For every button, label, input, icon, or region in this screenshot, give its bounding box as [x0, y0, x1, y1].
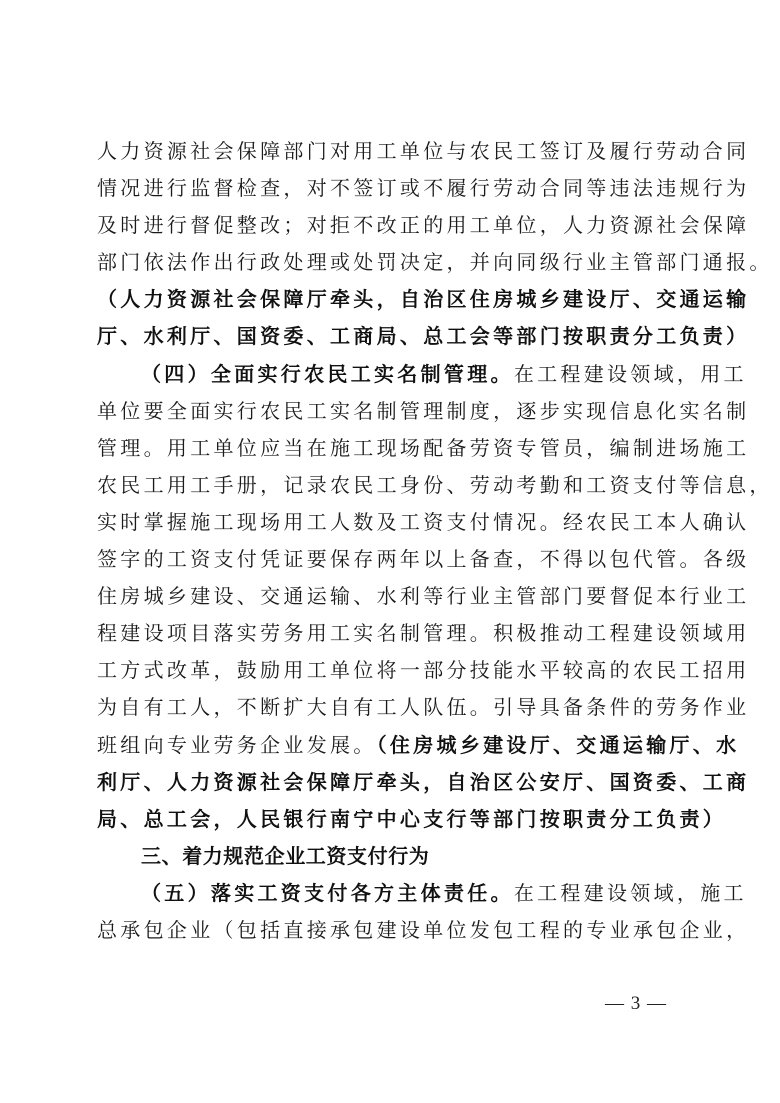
- body-text-segment: 实时掌握施工现场用工人数及工资支付情况。经农民工本人确认: [97, 510, 749, 534]
- page-number: — 3 —: [605, 993, 667, 1015]
- body-text-segment: 管理。用工单位应当在施工现场配备劳资专管员，编制进场施工: [97, 436, 749, 460]
- body-text-segment: 为自有工人，不断扩大自有工人队伍。引导具备条件的劳务作业: [97, 695, 749, 719]
- document-body: 人力资源社会保障部门对用工单位与农民工签订及履行劳动合同情况进行监督检查，对不签…: [97, 133, 689, 949]
- body-text-segment: 情况进行监督检查，对不签订或不履行劳动合同等违法违规行为: [97, 176, 749, 200]
- body-text-segment: 在工程建设领域，用工: [514, 362, 747, 386]
- body-text-segment: 签字的工资支付凭证要保存两年以上备查，不得以包代管。各级: [97, 547, 749, 571]
- body-text-segment: 程建设项目落实劳务用工实名制管理。积极推动工程建设领域用: [97, 621, 749, 645]
- text-line: 厅、水利厅、国资委、工商局、总工会等部门按职责分工负责）: [97, 318, 689, 355]
- text-line: 班组向专业劳务企业发展。（住房城乡建设厅、交通运输厅、水: [97, 727, 689, 764]
- text-line: 利厅、人力资源社会保障厅牵头，自治区公安厅、国资委、工商: [97, 764, 689, 801]
- emphasized-text: 局、总工会，人民银行南宁中心支行等部门按职责分工负责）: [97, 807, 726, 831]
- body-text-segment: 单位要全面实行农民工实名制管理制度，逐步实现信息化实名制: [97, 399, 749, 423]
- text-line: 农民工用工手册，记录农民工身份、劳动考勤和工资支付等信息，: [97, 467, 689, 504]
- body-text-segment: 班组向专业劳务企业发展。: [97, 733, 377, 757]
- body-text-segment: 人力资源社会保障部门对用工单位与农民工签订及履行劳动合同: [97, 139, 749, 163]
- text-line: 部门依法作出行政处理或处罚决定，并向同级行业主管部门通报。: [97, 244, 689, 281]
- emphasized-text: （人力资源社会保障厅牵头，自治区住房城乡建设厅、交通运输: [97, 287, 749, 311]
- body-text-segment: 及时进行督促整改；对拒不改正的用工单位，人力资源社会保障: [97, 213, 749, 237]
- emphasized-text: （四）全面实行农民工实名制管理。: [141, 362, 514, 386]
- section-heading: 三、着力规范企业工资支付行为: [141, 844, 429, 868]
- emphasized-text: （五）落实工资支付各方主体责任。: [141, 881, 514, 905]
- body-text-segment: 农民工用工手册，记录农民工身份、劳动考勤和工资支付等信息，: [97, 473, 773, 497]
- body-text-segment: 住房城乡建设、交通运输、水利等行业主管部门要督促本行业工: [97, 584, 749, 608]
- text-line: 三、着力规范企业工资支付行为: [97, 838, 689, 875]
- body-text-segment: 部门依法作出行政处理或处罚决定，并向同级行业主管部门通报。: [97, 250, 773, 274]
- text-line: 程建设项目落实劳务用工实名制管理。积极推动工程建设领域用: [97, 615, 689, 652]
- text-line: 为自有工人，不断扩大自有工人队伍。引导具备条件的劳务作业: [97, 689, 689, 726]
- text-line: （五）落实工资支付各方主体责任。在工程建设领域，施工: [97, 875, 689, 912]
- text-line: 单位要全面实行农民工实名制管理制度，逐步实现信息化实名制: [97, 393, 689, 430]
- text-line: 情况进行监督检查，对不签订或不履行劳动合同等违法违规行为: [97, 170, 689, 207]
- document-page: 人力资源社会保障部门对用工单位与农民工签订及履行劳动合同情况进行监督检查，对不签…: [0, 0, 780, 1103]
- text-line: 管理。用工单位应当在施工现场配备劳资专管员，编制进场施工: [97, 430, 689, 467]
- emphasized-text: 厅、水利厅、国资委、工商局、总工会等部门按职责分工负责）: [97, 324, 749, 348]
- text-line: 签字的工资支付凭证要保存两年以上备查，不得以包代管。各级: [97, 541, 689, 578]
- text-line: 工方式改革，鼓励用工单位将一部分技能水平较高的农民工招用: [97, 652, 689, 689]
- emphasized-text: 利厅、人力资源社会保障厅牵头，自治区公安厅、国资委、工商: [97, 770, 749, 794]
- text-line: 住房城乡建设、交通运输、水利等行业主管部门要督促本行业工: [97, 578, 689, 615]
- body-text-segment: 在工程建设领域，施工: [514, 881, 747, 905]
- text-line: 局、总工会，人民银行南宁中心支行等部门按职责分工负责）: [97, 801, 689, 838]
- body-text-segment: 工方式改革，鼓励用工单位将一部分技能水平较高的农民工招用: [97, 658, 749, 682]
- text-line: （四）全面实行农民工实名制管理。在工程建设领域，用工: [97, 356, 689, 393]
- text-line: 人力资源社会保障部门对用工单位与农民工签订及履行劳动合同: [97, 133, 689, 170]
- emphasized-text: （住房城乡建设厅、交通运输厅、水: [377, 733, 740, 757]
- text-line: 及时进行督促整改；对拒不改正的用工单位，人力资源社会保障: [97, 207, 689, 244]
- text-line: 实时掌握施工现场用工人数及工资支付情况。经农民工本人确认: [97, 504, 689, 541]
- body-text-segment: 总承包企业（包括直接承包建设单位发包工程的专业承包企业，: [97, 918, 749, 942]
- text-line: （人力资源社会保障厅牵头，自治区住房城乡建设厅、交通运输: [97, 281, 689, 318]
- text-line: 总承包企业（包括直接承包建设单位发包工程的专业承包企业，: [97, 912, 689, 949]
